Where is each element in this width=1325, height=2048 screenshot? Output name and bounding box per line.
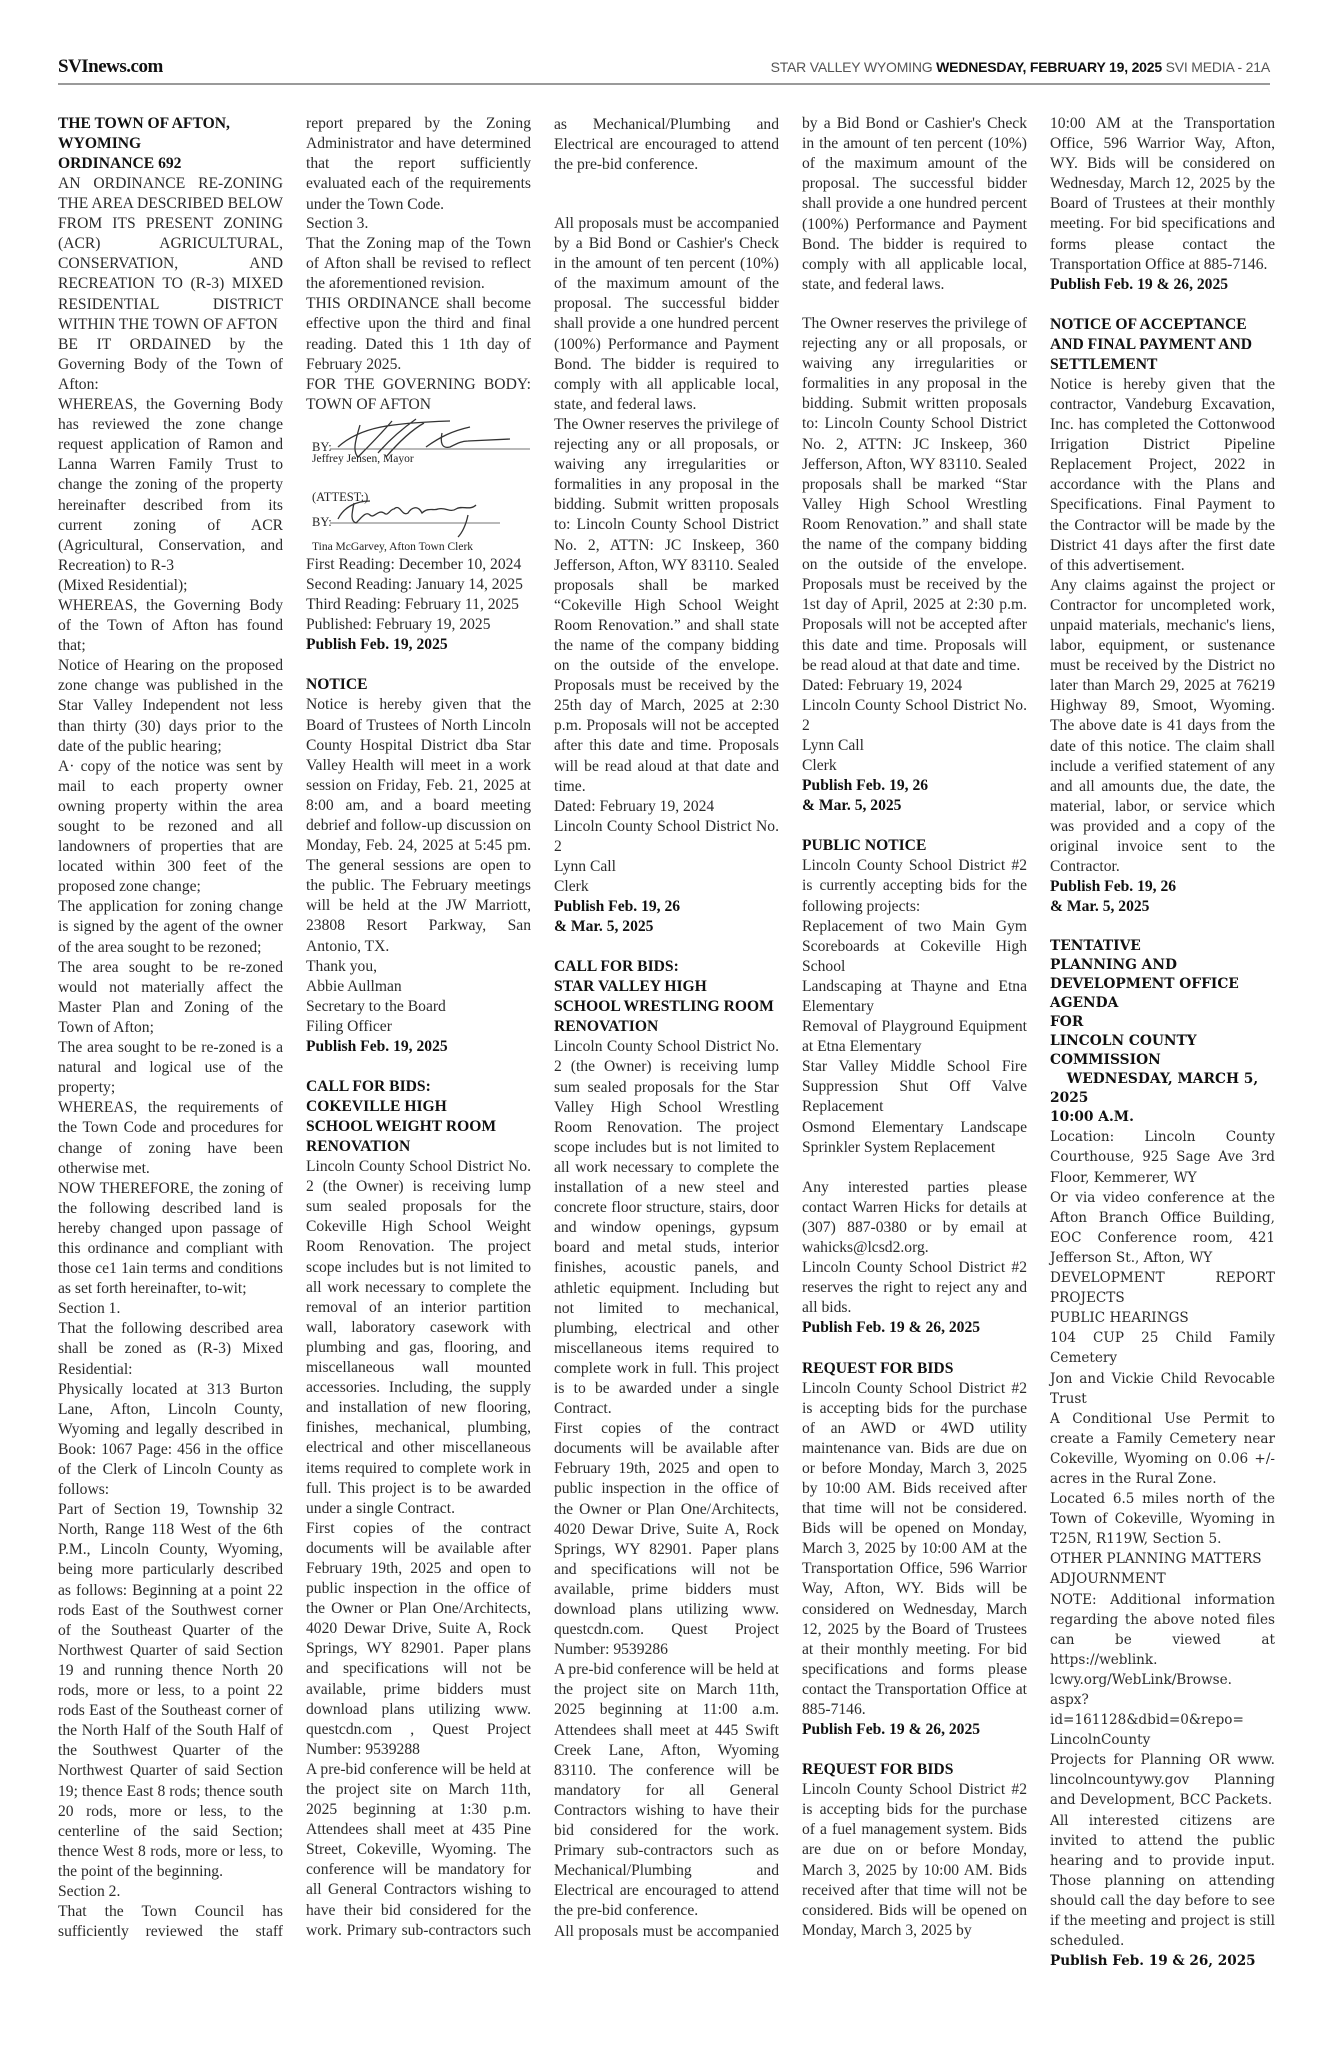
- title-line: TENTATIVE: [1050, 937, 1275, 956]
- publish-line: Publish Feb. 19, 26: [1050, 877, 1275, 897]
- masthead: SVInews.com STAR VALLEY WYOMING WEDNESDA…: [58, 56, 1270, 84]
- agenda-line: OTHER PLANNING MATTERS: [1050, 1549, 1275, 1569]
- bid-paragraph: All proposals must be accompanied by a B…: [554, 214, 779, 415]
- title-line: STAR VALLEY HIGH: [554, 977, 779, 997]
- ordinance-paragraph: The application for zoning change is sig…: [58, 897, 283, 957]
- agenda-line: Or via video conference at the Afton Bra…: [1050, 1188, 1275, 1268]
- ordinance-paragraph: A· copy of the notice was sent by mail t…: [58, 757, 283, 898]
- agenda-website-link[interactable]: Projects for Planning OR www. lincolncou…: [1050, 1750, 1275, 1810]
- title-line: 10:00 A.M.: [1050, 1108, 1275, 1127]
- project-item: Removal of Playground Equipment at Etna …: [802, 1017, 1027, 1057]
- clerk-by-label: BY:: [312, 512, 332, 532]
- ordinance-paragraph: NOW THEREFORE, the zoning of the followi…: [58, 1179, 283, 1300]
- project-item: Landscaping at Thayne and Etna Elementar…: [802, 977, 1027, 1017]
- title-line: AGENDA: [1050, 994, 1275, 1013]
- project-item: Osmond Elementary Landscape Sprinkler Sy…: [802, 1118, 1027, 1158]
- ordinance-paragraph: That the Zoning map of the Town of Afton…: [306, 234, 531, 294]
- bid-paragraph: A pre-bid conference will be held at the…: [306, 1760, 531, 1940]
- spacer: [802, 816, 1027, 836]
- spacer: [1050, 295, 1275, 315]
- ordinance-legal-description: Part of Section 19, Township 32 North, R…: [58, 1500, 283, 1882]
- ordinance-paragraph: FOR THE GOVERNING BODY: TOWN OF AFTON: [306, 375, 531, 415]
- rfb-van-title: REQUEST FOR BIDS: [802, 1359, 1027, 1379]
- title-line: COMMISSION: [1050, 1051, 1275, 1070]
- clerk-name: Tina McGarvey, Afton Town Clerk: [312, 537, 473, 557]
- column-2: That the Town Council has sufficiently r…: [306, 114, 531, 1940]
- dateline: STAR VALLEY WYOMING WEDNESDAY, FEBRUARY …: [771, 59, 1270, 75]
- publish-line: Publish Feb. 19, 2025: [306, 1037, 531, 1057]
- ordinance-paragraph: WHEREAS, the Governing Body has reviewed…: [58, 395, 283, 576]
- title-line: RENOVATION: [554, 1017, 779, 1037]
- notice-body: Notice is hereby given that the Board of…: [306, 695, 531, 956]
- ordinance-paragraph: That the Town Council has sufficiently r…: [58, 1902, 283, 1942]
- public-notice-contact: Any interested parties please contact Wa…: [802, 1178, 1027, 1258]
- title-line: COKEVILLE HIGH: [306, 1097, 531, 1117]
- signoff-line: Lincoln County School District No. 2: [554, 817, 779, 857]
- bid-paragraph: A pre-bid conference will be held at the…: [554, 1660, 779, 1921]
- site-name[interactable]: SVInews.com: [58, 56, 163, 78]
- public-notice-title: PUBLIC NOTICE: [802, 836, 1027, 856]
- agenda: TENTATIVE PLANNING AND DEVELOPMENT OFFIC…: [1050, 937, 1275, 1971]
- column-1: THE TOWN OF AFTON, WYOMING ORDINANCE 692…: [58, 114, 283, 1942]
- ordinance-section-label: Section 2.: [58, 1882, 283, 1902]
- publish-line: & Mar. 5, 2025: [1050, 897, 1275, 917]
- bid-paragraph: The Owner reserves the privilege of reje…: [554, 415, 779, 797]
- mayor-name: Jeffrey Jensen, Mayor: [312, 449, 414, 469]
- masthead-divider: [58, 83, 1270, 85]
- public-notice-intro: Lincoln County School District #2 is cur…: [802, 856, 1027, 916]
- title-line: PLANNING AND: [1050, 956, 1275, 975]
- notice-signoff: Thank you,: [306, 957, 531, 977]
- title-line: DEVELOPMENT OFFICE: [1050, 975, 1275, 994]
- rfb-van-body: Lincoln County School District #2 is acc…: [802, 1379, 1027, 1721]
- spacer: [1050, 917, 1275, 937]
- ordinance-paragraph: (Mixed Residential);: [58, 576, 283, 596]
- continued-text: All proposals must be accompanied by a B…: [802, 114, 1027, 295]
- acceptance-notice-title: NOTICE OF ACCEPTANCE AND FINAL PAYMENT A…: [1050, 315, 1275, 375]
- agenda-line: DEVELOPMENT REPORT PROJECTS: [1050, 1268, 1275, 1308]
- reading-date: Second Reading: January 14, 2025: [306, 575, 531, 595]
- column-3: A pre-bid conference will be held at the…: [554, 114, 779, 1942]
- issue-date: WEDNESDAY, FEBRUARY 19, 2025: [936, 59, 1162, 75]
- ordinance-paragraph: The area sought to be re-zoned would not…: [58, 958, 283, 1038]
- column-4: All proposals must be accompanied by a B…: [802, 114, 1027, 1941]
- project-item: Star Valley Middle School Fire Suppressi…: [802, 1057, 1027, 1117]
- rfb-fuel-title: REQUEST FOR BIDS: [802, 1760, 1027, 1780]
- reading-date: Published: February 19, 2025: [306, 615, 531, 635]
- signature-block: BY: Jeffrey Jensen, Mayor (ATTEST:) BY: …: [306, 415, 531, 555]
- publish-line: Publish Feb. 19 & 26, 2025: [802, 1720, 1027, 1740]
- ordinance-title-line: THE TOWN OF AFTON,: [58, 114, 283, 134]
- signoff-line: Clerk: [554, 877, 779, 897]
- agenda-line: Location: Lincoln County Courthouse, 925…: [1050, 1127, 1275, 1187]
- ordinance-section-label: Section 3.: [306, 214, 531, 234]
- spacer: [306, 1057, 531, 1077]
- agenda-line: All interested citizens are invited to a…: [1050, 1811, 1275, 1952]
- notice-signoff: Filing Officer: [306, 1017, 531, 1037]
- cokeville-bids-title: CALL FOR BIDS: COKEVILLE HIGH SCHOOL WEI…: [306, 1077, 531, 1157]
- notice-signoff: Abbie Aullman: [306, 977, 531, 997]
- title-line: SCHOOL WRESTLING ROOM: [554, 997, 779, 1017]
- ordinance-paragraph: The area sought to be re-zoned is a natu…: [58, 1038, 283, 1098]
- continued-text: That the Town Council has sufficiently r…: [306, 114, 531, 214]
- ordinance-paragraph: THIS ORDINANCE shall become effective up…: [306, 294, 531, 374]
- agenda-line: ADJOURNMENT: [1050, 1569, 1275, 1589]
- ordinance-paragraph-continued: That the Town Council has sufficiently r…: [306, 114, 531, 214]
- publish-line: Publish Feb. 19 & 26, 2025: [1050, 275, 1275, 295]
- notice-signoff: Secretary to the Board: [306, 997, 531, 1017]
- signoff-line: Lincoln County School District No. 2: [802, 696, 1027, 736]
- title-line: NOTICE OF ACCEPTANCE: [1050, 315, 1275, 335]
- ordinance-paragraph: WHEREAS, the Governing Body of the Town …: [58, 596, 283, 656]
- rfb-fuel-body: Lincoln County School District #2 is acc…: [802, 1780, 1027, 1941]
- signoff-line: Lynn Call: [802, 736, 1027, 756]
- agenda-line: Jon and Vickie Child Revocable Trust: [1050, 1369, 1275, 1409]
- agenda-line: A Conditional Use Permit to create a Fam…: [1050, 1409, 1275, 1489]
- project-item: Replacement of two Main Gym Scoreboards …: [802, 917, 1027, 977]
- publish-line: Publish Feb. 19, 26: [554, 897, 779, 917]
- bid-paragraph: Lincoln County School District No. 2 (th…: [554, 1037, 779, 1419]
- publish-line: Publish Feb. 19, 26: [802, 776, 1027, 796]
- agenda-line: Located 6.5 miles north of the Town of C…: [1050, 1489, 1275, 1549]
- publisher-page: SVI MEDIA - 21A: [1166, 59, 1270, 75]
- public-notice-reserve: Lincoln County School District #2 reserv…: [802, 1258, 1027, 1318]
- bid-paragraph: All proposals must be accompanied by a B…: [554, 1922, 779, 1942]
- continued-text: A pre-bid conference will be held at the…: [554, 114, 779, 175]
- ordinance-intro: AN ORDINANCE RE-ZONING THE AREA DESCRIBE…: [58, 174, 283, 335]
- signoff-line: Lynn Call: [554, 857, 779, 877]
- spacer: [306, 655, 531, 675]
- bid-paragraph-continued: A pre-bid conference will be held at the…: [554, 114, 779, 214]
- spacer: [802, 1740, 1027, 1760]
- signoff-line: Clerk: [802, 756, 1027, 776]
- bid-paragraph: First copies of the contract documents w…: [554, 1419, 779, 1660]
- title-line: CALL FOR BIDS:: [554, 957, 779, 977]
- bid-paragraph-continued: All proposals must be accompanied by a B…: [802, 114, 1027, 314]
- title-line: SETTLEMENT: [1050, 355, 1275, 375]
- publish-line: & Mar. 5, 2025: [554, 917, 779, 937]
- ordinance-paragraph: That the following described area shall …: [58, 1319, 283, 1379]
- acceptance-paragraph: Any claims against the project or Contra…: [1050, 576, 1275, 877]
- spacer: [802, 1339, 1027, 1359]
- signoff-line: Dated: February 19, 2024: [802, 676, 1027, 696]
- ordinance-title-line: ORDINANCE 692: [58, 154, 283, 174]
- title-line: SCHOOL WEIGHT ROOM: [306, 1117, 531, 1137]
- spacer: [554, 937, 779, 957]
- bid-paragraph: Lincoln County School District No. 2 (th…: [306, 1157, 531, 1519]
- wrestling-bids-title: CALL FOR BIDS: STAR VALLEY HIGH SCHOOL W…: [554, 957, 779, 1037]
- publish-line: Publish Feb. 19 & 26, 2025: [1050, 1951, 1275, 1971]
- title-line: CALL FOR BIDS:: [306, 1077, 531, 1097]
- ordinance-paragraph: Physically located at 313 Burton Lane, A…: [58, 1380, 283, 1501]
- bid-paragraph: The Owner reserves the privilege of reje…: [802, 314, 1027, 676]
- ordinance-paragraph: WHEREAS, the requirements of the Town Co…: [58, 1098, 283, 1178]
- publish-line: Publish Feb. 19, 2025: [306, 635, 531, 655]
- column-5: 10:00 AM at the Transportation Office, 5…: [1050, 114, 1275, 1971]
- agenda-line: PUBLIC HEARINGS: [1050, 1308, 1275, 1328]
- title-line: WEDNESDAY, MARCH 5, 2025: [1050, 1070, 1275, 1108]
- clerk-signature-icon: [330, 495, 510, 539]
- ordinance-section-label: Section 1.: [58, 1299, 283, 1319]
- acceptance-paragraph: Notice is hereby given that the contract…: [1050, 375, 1275, 576]
- ordinance-title: THE TOWN OF AFTON, WYOMING ORDINANCE 692: [58, 114, 283, 174]
- spacer: [802, 1158, 1027, 1178]
- reading-date: First Reading: December 10, 2024: [306, 555, 531, 575]
- publish-line: Publish Feb. 19 & 26, 2025: [802, 1318, 1027, 1338]
- ordinance-paragraph: BE IT ORDAINED by the Governing Body of …: [58, 335, 283, 395]
- agenda-line: 104 CUP 25 Child Family Cemetery: [1050, 1328, 1275, 1368]
- bid-paragraph: First copies of the contract documents w…: [306, 1519, 531, 1760]
- ordinance-paragraph: Notice of Hearing on the proposed zone c…: [58, 656, 283, 756]
- title-line: LINCOLN COUNTY: [1050, 1032, 1275, 1051]
- agenda-title: TENTATIVE PLANNING AND DEVELOPMENT OFFIC…: [1050, 937, 1275, 1127]
- rfb-fuel-body-continued: 10:00 AM at the Transportation Office, 5…: [1050, 114, 1275, 275]
- publish-line: & Mar. 5, 2025: [802, 796, 1027, 816]
- agenda-note-link[interactable]: NOTE: Additional information regarding t…: [1050, 1590, 1275, 1751]
- title-line: FOR: [1050, 1013, 1275, 1032]
- ordinance-title-line: WYOMING: [58, 134, 283, 154]
- region: STAR VALLEY WYOMING: [771, 59, 933, 75]
- title-line: RENOVATION: [306, 1137, 531, 1157]
- title-line: AND FINAL PAYMENT AND: [1050, 335, 1275, 355]
- signoff-line: Dated: February 19, 2024: [554, 797, 779, 817]
- reading-date: Third Reading: February 11, 2025: [306, 595, 531, 615]
- notice-title: NOTICE: [306, 675, 531, 695]
